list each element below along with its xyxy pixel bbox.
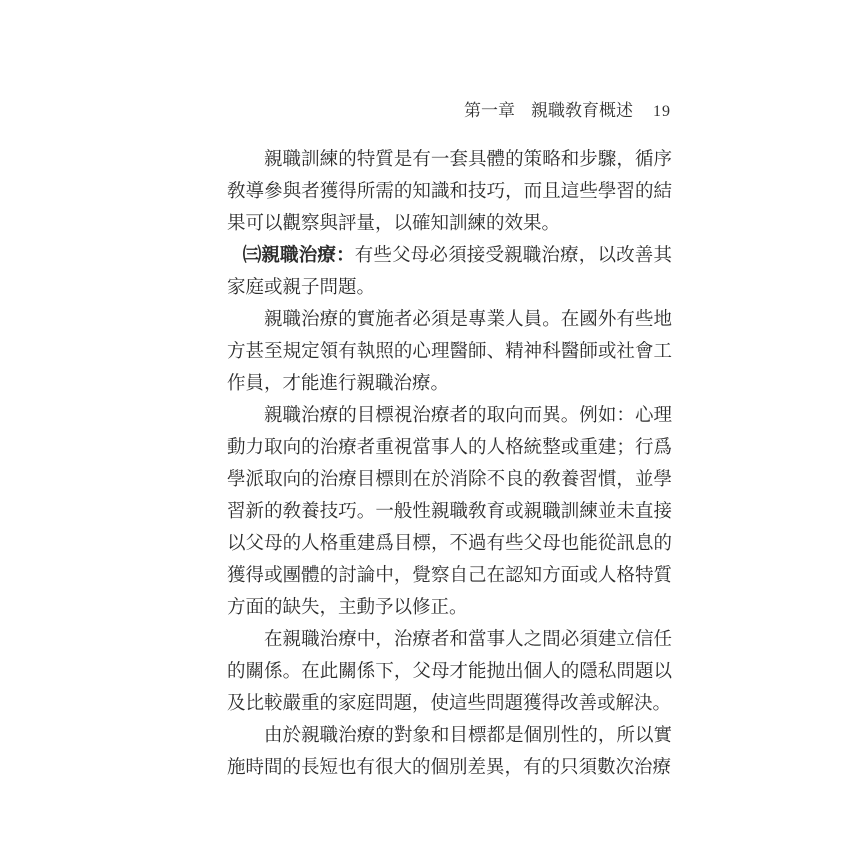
paragraph-therapy-goals: 親職治療的目標視治療者的取向而異。例如：心理動力取向的治療者重視當事人的人格統整…	[227, 400, 672, 624]
page-number: 19	[653, 103, 671, 120]
paragraph-trust-relationship: 在親職治療中，治療者和當事人之間必須建立信任的關係。在此關係下，父母才能抛出個人…	[227, 624, 672, 720]
book-page: 第一章親職敎育概述19 親職訓練的特質是有一套具體的策略和步驟，循序敎導參與者獲…	[0, 0, 850, 850]
chapter-title: 親職敎育概述	[531, 101, 633, 120]
paragraph-text: 由於親職治療的對象和目標都是個別性的，所以實施時間的長短也有很大的個別差異，有的…	[227, 726, 672, 778]
paragraph-text: 親職治療的目標視治療者的取向而異。例如：心理動力取向的治療者重視當事人的人格統整…	[227, 406, 672, 618]
paragraph-individual-differences: 由於親職治療的對象和目標都是個別性的，所以實施時間的長短也有很大的個別差異，有的…	[227, 720, 672, 784]
chapter-label: 第一章	[464, 101, 515, 120]
paragraph-text: 在親職治療中，治療者和當事人之間必須建立信任的關係。在此關係下，父母才能抛出個人…	[227, 630, 672, 714]
paragraph-therapy-professionals: 親職治療的實施者必須是專業人員。在國外有些地方甚至規定領有執照的心理醫師、精神科…	[227, 304, 672, 400]
body-text-column: 親職訓練的特質是有一套具體的策略和步驟，循序敎導參與者獲得所需的知識和技巧，而且…	[227, 144, 672, 784]
paragraph-text: 親職訓練的特質是有一套具體的策略和步驟，循序敎導參與者獲得所需的知識和技巧，而且…	[227, 150, 672, 234]
paragraph-section-parent-therapy: ㈢親職治療：有些父母必須接受親職治療，以改善其家庭或親子問題。	[227, 240, 672, 304]
paragraph-training-traits: 親職訓練的特質是有一套具體的策略和步驟，循序敎導參與者獲得所需的知識和技巧，而且…	[227, 144, 672, 240]
paragraph-text: 親職治療的實施者必須是專業人員。在國外有些地方甚至規定領有執照的心理醫師、精神科…	[227, 310, 672, 394]
running-header: 第一章親職敎育概述19	[227, 99, 671, 124]
section-lead-label: ㈢親職治療：	[243, 246, 355, 266]
